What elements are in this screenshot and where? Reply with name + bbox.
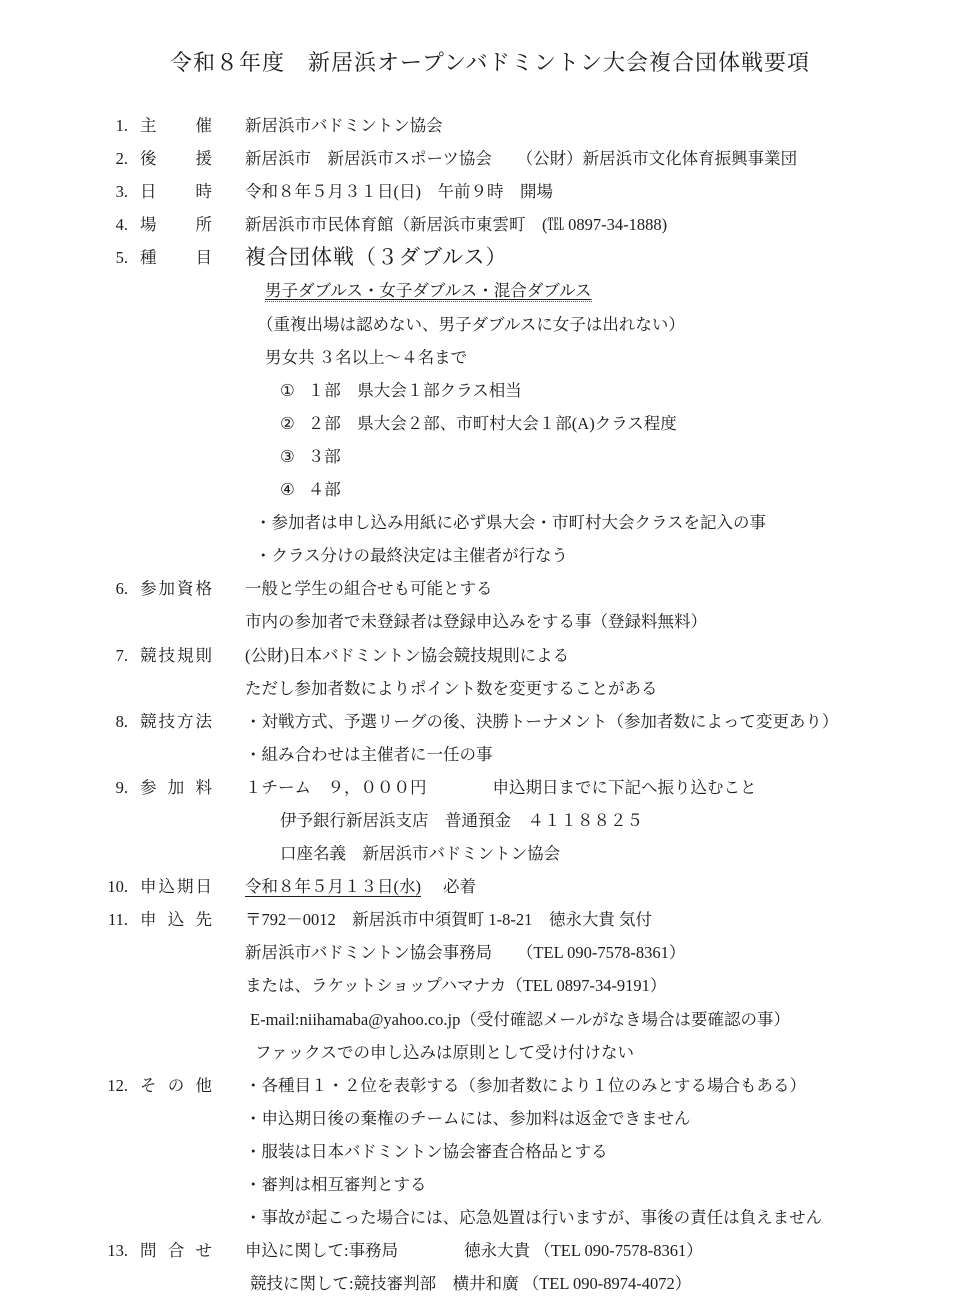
application-fax-note: ファックスでの申し込みは原則として受け付けない [245, 1036, 980, 1069]
row-event-bullet-2: ・クラス分けの最終決定は主催者が行なう [88, 539, 980, 572]
row-event-types: 男子ダブルス・女子ダブルス・混合ダブルス [88, 274, 980, 307]
item-number: 2. [88, 142, 128, 175]
item-label-deadline: 申込期日 [128, 870, 245, 903]
format-line-1: ・対戦方式、予選リーグの後、決勝トーナメント（参加者数によって変更あり） [245, 705, 980, 738]
row-eligibility-2: 市内の参加者で未登録者は登録申込みをする事（登録料無料） [88, 605, 980, 638]
row-format: 8. 競技方法 ・対戦方式、予選リーグの後、決勝トーナメント（参加者数によって変… [88, 705, 980, 738]
item-number: 3. [88, 175, 128, 208]
item-label-rules: 競技規則 [128, 639, 245, 672]
row-application-office: 新居浜市バドミントン協会事務局 （TEL 090-7578-8361） [88, 936, 980, 969]
item-label-event: 種目 [128, 241, 245, 274]
item-label-support: 後援 [128, 142, 245, 175]
row-application-address: 11. 申込先 〒792－0012 新居浜市中須賀町 1-8-21 徳永大貴 気… [88, 903, 980, 936]
item-number: 11. [88, 903, 128, 936]
row-class-1: ①１部 県大会１部クラス相当 [88, 374, 980, 407]
class-4-text: ４部 [308, 480, 341, 499]
item-number: 13. [88, 1234, 128, 1267]
item-label-organizer: 主催 [128, 109, 245, 142]
row-application-email: E-mail:niihamaba@yahoo.co.jp（受付確認メールがなき場… [88, 1003, 980, 1036]
class-1-mark: ① [280, 381, 295, 400]
row-rules-2: ただし参加者数によりポイント数を変更することがある [88, 672, 980, 705]
event-headline: 複合団体戦（３ダブルス） [245, 241, 980, 274]
row-fee-account-name: 口座名義 新居浜市バドミントン協会 [88, 837, 980, 870]
item-label-venue: 場所 [128, 208, 245, 241]
item-number: 9. [88, 771, 128, 804]
row-event-duplicate-note: （重複出場は認めない、男子ダブルスに女子は出れない） [88, 308, 980, 341]
other-bullet-4: ・審判は相互審判とする [245, 1168, 980, 1201]
event-types-underlined: 男子ダブルス・女子ダブルス・混合ダブルス [265, 281, 592, 302]
other-bullet-2: ・申込期日後の棄権のチームには、参加料は返金できません [245, 1102, 980, 1135]
item-number: 1. [88, 109, 128, 142]
row-event-bullet-1: ・参加者は申し込み用紙に必ず県大会・市町村大会クラスを記入の事 [88, 506, 980, 539]
row-other-5: ・事故が起こった場合には、応急処置は行いますが、事後の責任は負えません [88, 1201, 980, 1234]
tournament-announcement-document: 令和８年度 新居浜オープンバドミントン大会複合団体戦要項 1. 主催 新居浜市バ… [0, 0, 980, 1300]
class-4-mark: ④ [280, 480, 295, 499]
class-3-mark: ③ [280, 447, 295, 466]
item-number: 5. [88, 241, 128, 274]
row-event: 5. 種目 複合団体戦（３ダブルス） [88, 241, 980, 274]
contact-game: 競技に関して:競技審判部 横井和廣 （TEL 090-8974-4072） [245, 1267, 980, 1300]
datetime-value: 令和８年５月３１日(日) 午前９時 開場 [245, 175, 980, 208]
item-label-eligibility: 参加資格 [128, 572, 245, 605]
event-bullet-1: ・参加者は申し込み用紙に必ず県大会・市町村大会クラスを記入の事 [245, 506, 980, 539]
row-other-3: ・服装は日本バドミントン協会審査合格品とする [88, 1135, 980, 1168]
row-class-3: ③３部 [88, 440, 980, 473]
other-bullet-5: ・事故が起こった場合には、応急処置は行いますが、事後の責任は負えません [245, 1201, 980, 1234]
deadline-date: 令和８年５月１３日(水) [245, 877, 421, 896]
item-number: 8. [88, 705, 128, 738]
item-label-other: その他 [128, 1069, 245, 1102]
row-application-fax-note: ファックスでの申し込みは原則として受け付けない [88, 1036, 980, 1069]
item-label-fee: 参加料 [128, 771, 245, 804]
row-fee: 9. 参加料 １チーム ９，０００円 申込期日までに下記へ振り込むこと [88, 771, 980, 804]
row-class-4: ④４部 [88, 473, 980, 506]
support-value: 新居浜市 新居浜市スポーツ協会 （公財）新居浜市文化体育振興事業団 [245, 142, 980, 175]
eligibility-line-1: 一般と学生の組合せも可能とする [245, 572, 980, 605]
other-bullet-1: ・各種目１・２位を表彰する（参加者数により１位のみとする場合もある） [245, 1069, 980, 1102]
venue-value: 新居浜市市民体育館（新居浜市東雲町 (℡ 0897-34-1888) [245, 208, 980, 241]
format-line-2: ・組み合わせは主催者に一任の事 [245, 738, 980, 771]
event-members-note: 男女共 ３名以上～４名まで [245, 341, 980, 374]
fee-bank-account: 伊予銀行新居浜支店 普通預金 ４１１８８２５ [245, 804, 980, 837]
item-label-datetime: 日時 [128, 175, 245, 208]
row-deadline: 10. 申込期日 令和８年５月１３日(水)必着 [88, 870, 980, 903]
class-2-text: ２部 県大会２部、市町村大会１部(A)クラス程度 [308, 414, 677, 433]
class-1-text: １部 県大会１部クラス相当 [308, 381, 522, 400]
deadline-suffix: 必着 [443, 877, 476, 896]
row-other-1: 12. その他 ・各種目１・２位を表彰する（参加者数により１位のみとする場合もあ… [88, 1069, 980, 1102]
row-other-4: ・審判は相互審判とする [88, 1168, 980, 1201]
row-contact-game: 競技に関して:競技審判部 横井和廣 （TEL 090-8974-4072） [88, 1267, 980, 1300]
eligibility-line-2: 市内の参加者で未登録者は登録申込みをする事（登録料無料） [245, 605, 980, 638]
row-class-2: ②２部 県大会２部、市町村大会１部(A)クラス程度 [88, 407, 980, 440]
organizer-value: 新居浜市バドミントン協会 [245, 109, 980, 142]
row-rules: 7. 競技規則 (公財)日本バドミントン協会競技規則による [88, 639, 980, 672]
row-contact-entry: 13. 問合せ 申込に関して:事務局 徳永大貴 （TEL 090-7578-83… [88, 1234, 980, 1267]
class-2-mark: ② [280, 414, 295, 433]
row-application-shop: または、ラケットショップハマナカ（TEL 0897-34-9191） [88, 969, 980, 1002]
fee-account-name: 口座名義 新居浜市バドミントン協会 [245, 837, 980, 870]
application-postal-address: 〒792－0012 新居浜市中須賀町 1-8-21 徳永大貴 気付 [245, 903, 980, 936]
row-event-members-note: 男女共 ３名以上～４名まで [88, 341, 980, 374]
application-shop: または、ラケットショップハマナカ（TEL 0897-34-9191） [245, 969, 980, 1002]
row-eligibility: 6. 参加資格 一般と学生の組合せも可能とする [88, 572, 980, 605]
event-bullet-2: ・クラス分けの最終決定は主催者が行なう [245, 539, 980, 572]
item-label-contact: 問合せ [128, 1234, 245, 1267]
rules-line-2: ただし参加者数によりポイント数を変更することがある [245, 672, 980, 705]
row-support: 2. 後援 新居浜市 新居浜市スポーツ協会 （公財）新居浜市文化体育振興事業団 [88, 142, 980, 175]
row-other-2: ・申込期日後の棄権のチームには、参加料は返金できません [88, 1102, 980, 1135]
row-datetime: 3. 日時 令和８年５月３１日(日) 午前９時 開場 [88, 175, 980, 208]
contact-entry: 申込に関して:事務局 徳永大貴 （TEL 090-7578-8361） [245, 1234, 980, 1267]
item-number: 6. [88, 572, 128, 605]
row-fee-bank: 伊予銀行新居浜支店 普通預金 ４１１８８２５ [88, 804, 980, 837]
item-number: 10. [88, 870, 128, 903]
row-format-2: ・組み合わせは主催者に一任の事 [88, 738, 980, 771]
item-number: 7. [88, 639, 128, 672]
class-3-text: ３部 [308, 447, 341, 466]
event-duplicate-note: （重複出場は認めない、男子ダブルスに女子は出れない） [245, 308, 980, 341]
item-number: 4. [88, 208, 128, 241]
item-number: 12. [88, 1069, 128, 1102]
item-label-format: 競技方法 [128, 705, 245, 738]
item-label-application: 申込先 [128, 903, 245, 936]
other-bullet-3: ・服装は日本バドミントン協会審査合格品とする [245, 1135, 980, 1168]
application-email: E-mail:niihamaba@yahoo.co.jp（受付確認メールがなき場… [245, 1003, 980, 1036]
row-venue: 4. 場所 新居浜市市民体育館（新居浜市東雲町 (℡ 0897-34-1888) [88, 208, 980, 241]
application-office: 新居浜市バドミントン協会事務局 （TEL 090-7578-8361） [245, 936, 980, 969]
row-organizer: 1. 主催 新居浜市バドミントン協会 [88, 109, 980, 142]
document-title: 令和８年度 新居浜オープンバドミントン大会複合団体戦要項 [0, 46, 980, 80]
fee-value: １チーム ９，０００円 申込期日までに下記へ振り込むこと [245, 771, 980, 804]
rules-line-1: (公財)日本バドミントン協会競技規則による [245, 639, 980, 672]
